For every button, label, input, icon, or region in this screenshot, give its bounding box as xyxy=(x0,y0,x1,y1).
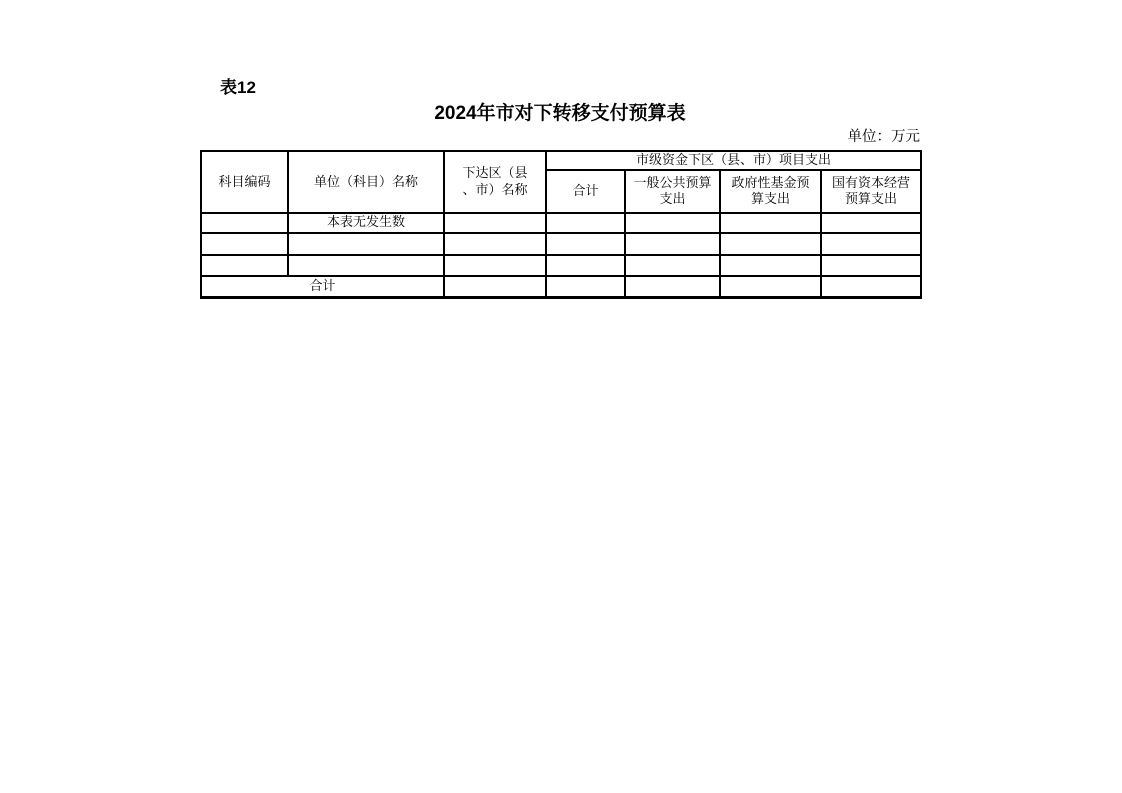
table-cell xyxy=(546,255,625,276)
table-cell xyxy=(201,213,288,233)
table-cell xyxy=(444,213,546,233)
table-cell xyxy=(288,233,444,255)
header-state-capital-budget: 国有资本经营 预算支出 xyxy=(821,170,921,213)
header-total: 合计 xyxy=(546,170,625,213)
table-cell xyxy=(625,233,720,255)
table-cell xyxy=(720,276,821,298)
unit-note: 单位：万元 xyxy=(200,128,920,146)
total-row-label: 合计 xyxy=(201,276,444,298)
header-row-group: 科目编码 单位（科目）名称 下达区（县 、市）名称 市级资金下区（县、市）项目支… xyxy=(201,151,921,170)
table-cell xyxy=(821,276,921,298)
table-cell xyxy=(201,255,288,276)
table-cell xyxy=(546,276,625,298)
table-row xyxy=(201,255,921,276)
table-number-label: 表12 xyxy=(220,77,256,99)
table-cell xyxy=(720,233,821,255)
table-cell xyxy=(625,276,720,298)
total-row: 合计 xyxy=(201,276,921,298)
table-cell xyxy=(821,213,921,233)
table-cell xyxy=(444,233,546,255)
header-group-project-expenditure: 市级资金下区（县、市）项目支出 xyxy=(546,151,921,170)
table-row: 本表无发生数 xyxy=(201,213,921,233)
table-cell xyxy=(444,276,546,298)
table-cell xyxy=(546,213,625,233)
table-cell xyxy=(201,233,288,255)
table-cell xyxy=(546,233,625,255)
table-cell xyxy=(720,255,821,276)
header-unit-name: 单位（科目）名称 xyxy=(288,151,444,213)
table-cell xyxy=(625,213,720,233)
table-cell xyxy=(821,233,921,255)
no-data-cell: 本表无发生数 xyxy=(288,213,444,233)
page-title: 2024年市对下转移支付预算表 xyxy=(200,102,920,126)
table-cell xyxy=(821,255,921,276)
table-cell xyxy=(625,255,720,276)
header-general-public-budget: 一般公共预算 支出 xyxy=(625,170,720,213)
document-page: 表12 2024年市对下转移支付预算表 单位：万元 科目编码 单位（科目）名称 … xyxy=(0,0,1122,793)
budget-table: 科目编码 单位（科目）名称 下达区（县 、市）名称 市级资金下区（县、市）项目支… xyxy=(200,150,922,299)
table-cell xyxy=(720,213,821,233)
table-cell xyxy=(288,255,444,276)
header-government-fund-budget: 政府性基金预 算支出 xyxy=(720,170,821,213)
table-row xyxy=(201,233,921,255)
table-cell xyxy=(444,255,546,276)
header-district-name: 下达区（县 、市）名称 xyxy=(444,151,546,213)
header-subject-code: 科目编码 xyxy=(201,151,288,213)
